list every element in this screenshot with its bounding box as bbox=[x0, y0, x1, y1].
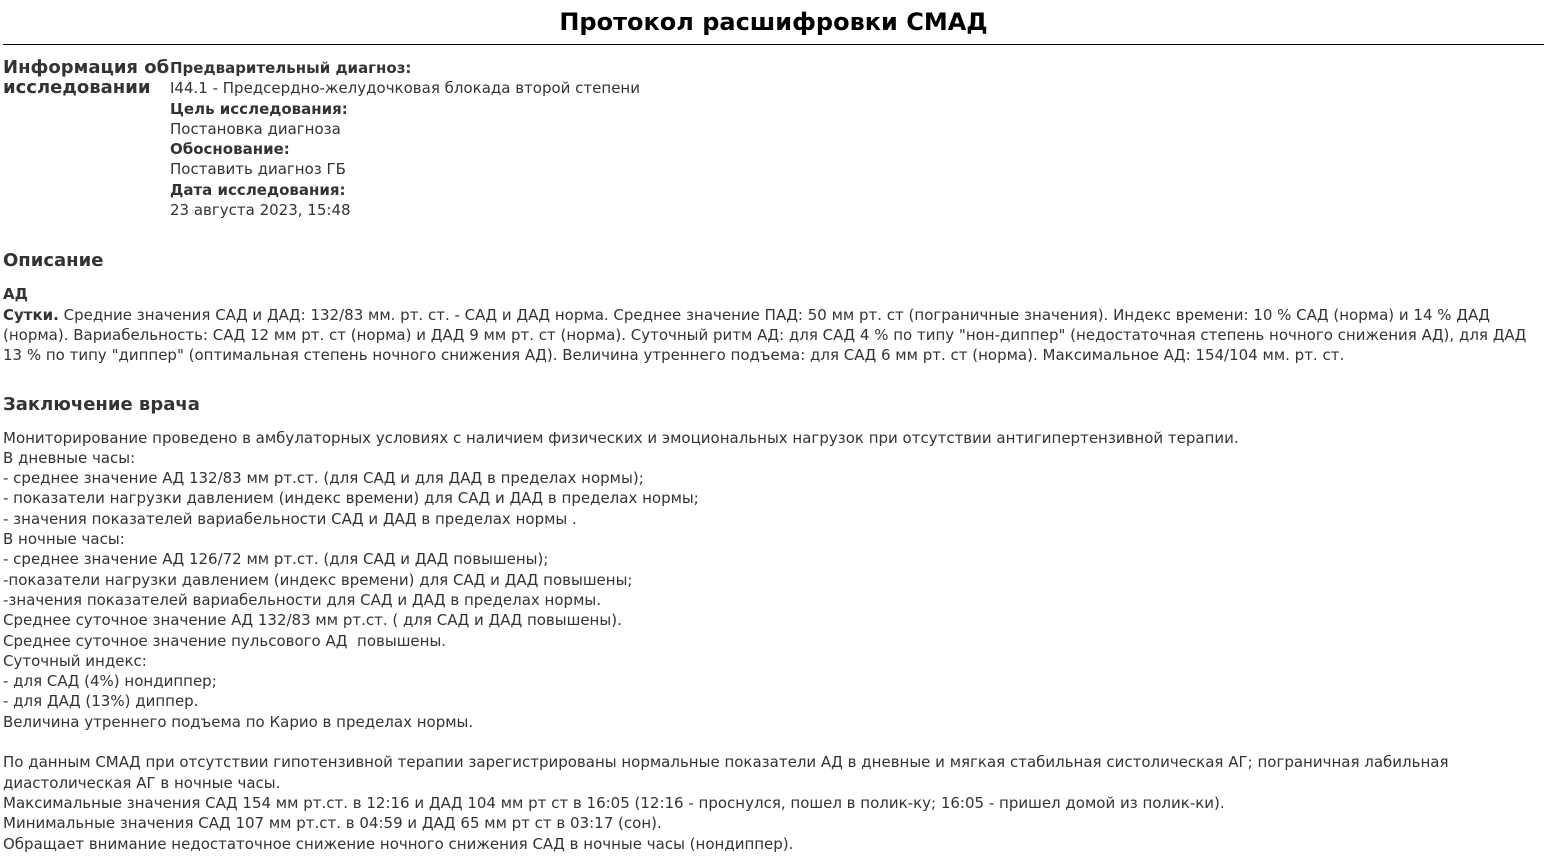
field-value-preliminary-diagnosis: I44.1 - Предсердно-желудочковая блокада … bbox=[170, 78, 1544, 98]
conclusion-line: - среднее значение АД 132/83 мм рт.ст. (… bbox=[3, 468, 1544, 488]
conclusion-line: - показатели нагрузки давлением (индекс … bbox=[3, 488, 1544, 508]
field-label-study-date: Дата исследования: bbox=[170, 180, 1544, 200]
conclusion-line: Среднее суточное значение АД 132/83 мм р… bbox=[3, 610, 1544, 630]
study-info-label: Информация об исследовании bbox=[3, 58, 170, 220]
title-divider bbox=[3, 44, 1544, 45]
study-info-section: Информация об исследовании Предварительн… bbox=[3, 58, 1544, 220]
conclusion-line: -значения показателей вариабельности для… bbox=[3, 590, 1544, 610]
description-heading: Описание bbox=[3, 250, 1544, 272]
conclusion-line: -показатели нагрузки давлением (индекс в… bbox=[3, 570, 1544, 590]
report-page: Протокол расшифровки СМАД Информация об … bbox=[0, 0, 1544, 854]
description-paragraph: Сутки. Средние значения САД и ДАД: 132/8… bbox=[3, 305, 1544, 366]
conclusion-line: Минимальные значения САД 107 мм рт.ст. в… bbox=[3, 813, 1544, 833]
field-label-preliminary-diagnosis: Предварительный диагноз: bbox=[170, 58, 1544, 78]
field-label-justification: Обоснование: bbox=[170, 139, 1544, 159]
field-value-study-date: 23 августа 2023, 15:48 bbox=[170, 200, 1544, 220]
field-label-study-purpose: Цель исследования: bbox=[170, 99, 1544, 119]
conclusion-line: По данным СМАД при отсутствии гипотензив… bbox=[3, 752, 1544, 793]
conclusion-line: Суточный индекс: bbox=[3, 651, 1544, 671]
conclusion-line: - для САД (4%) нондиппер; bbox=[3, 671, 1544, 691]
conclusion-line: - для ДАД (13%) диппер. bbox=[3, 691, 1544, 711]
conclusion-line: - значения показателей вариабельности СА… bbox=[3, 509, 1544, 529]
description-text: Средние значения САД и ДАД: 132/83 мм. р… bbox=[3, 306, 1526, 365]
description-subheading-bp: АД bbox=[3, 284, 1544, 304]
conclusion-line: В ночные часы: bbox=[3, 529, 1544, 549]
conclusion-body: Мониторирование проведено в амбулаторных… bbox=[3, 428, 1544, 854]
study-info-fields: Предварительный диагноз: I44.1 - Предсер… bbox=[170, 58, 1544, 220]
conclusion-line: Мониторирование проведено в амбулаторных… bbox=[3, 428, 1544, 448]
conclusion-line: Величина утреннего подъема по Карио в пр… bbox=[3, 712, 1544, 732]
field-value-justification: Поставить диагноз ГБ bbox=[170, 159, 1544, 179]
page-title: Протокол расшифровки СМАД bbox=[3, 0, 1544, 38]
conclusion-line: Среднее суточное значение пульсового АД … bbox=[3, 631, 1544, 651]
conclusion-blank-line bbox=[3, 732, 1544, 752]
conclusion-line: Максимальные значения САД 154 мм рт.ст. … bbox=[3, 793, 1544, 813]
conclusion-heading: Заключение врача bbox=[3, 394, 1544, 416]
field-value-study-purpose: Постановка диагноза bbox=[170, 119, 1544, 139]
conclusion-line: В дневные часы: bbox=[3, 448, 1544, 468]
description-lead: Сутки. bbox=[3, 306, 59, 324]
conclusion-line: Обращает внимание недостаточное снижение… bbox=[3, 834, 1544, 854]
conclusion-line: - среднее значение АД 126/72 мм рт.ст. (… bbox=[3, 549, 1544, 569]
